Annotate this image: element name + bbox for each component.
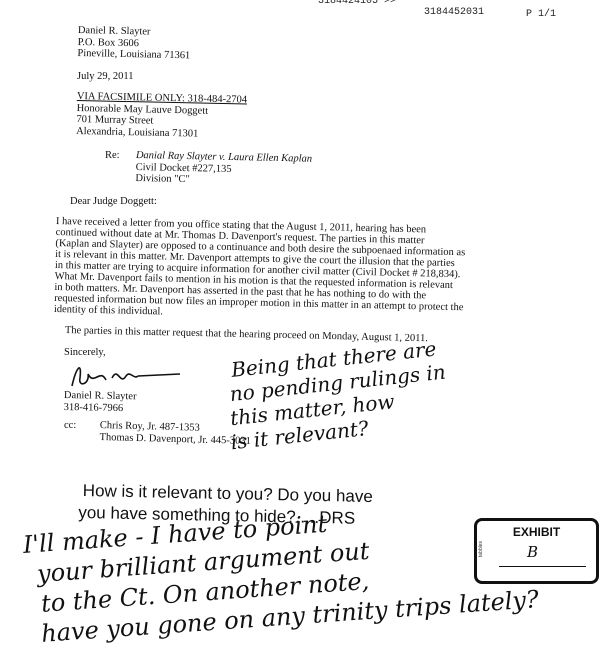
cc-label: cc: <box>64 420 76 432</box>
re-block: Danial Ray Slayter v. Laura Ellen Kaplan… <box>135 150 312 188</box>
signer-phone: 318-416-7966 <box>64 401 137 414</box>
handwritten-note-1: Being that there are no pending rulings … <box>230 336 452 454</box>
fax-header-left-number: 3184424105 >> <box>318 0 396 7</box>
recipient-block: VIA FACSIMILE ONLY: 318-484-2704 Honorab… <box>76 91 247 141</box>
re-label: Re: <box>105 150 120 162</box>
cc-block: Chris Roy, Jr. 487-1353 Thomas D. Davenp… <box>99 420 251 447</box>
body-paragraph: I have received a letter from you office… <box>54 216 476 325</box>
signature-block: Daniel R. Slayter 318-416-7966 <box>64 390 137 414</box>
sender-block: Daniel R. Slayter P.O. Box 3606 Pinevill… <box>77 25 191 62</box>
salutation: Dear Judge Doggett: <box>70 196 157 208</box>
closing-paragraph: The parties in this matter request that … <box>65 325 428 345</box>
signer-name: Daniel R. Slayter <box>64 390 137 403</box>
recipient-address-line2: Alexandria, Louisiana 71301 <box>76 125 246 140</box>
fax-header-right-number: 3184452031 <box>424 7 484 18</box>
fax-page-indicator: P 1/1 <box>526 9 556 20</box>
division: Division "C" <box>135 173 311 188</box>
sender-address-line2: Pineville, Louisiana 71361 <box>77 48 190 62</box>
signature-scribble-icon <box>68 358 188 393</box>
sign-off: Sincerely, <box>64 347 106 359</box>
letter-date: July 29, 2011 <box>77 71 134 83</box>
